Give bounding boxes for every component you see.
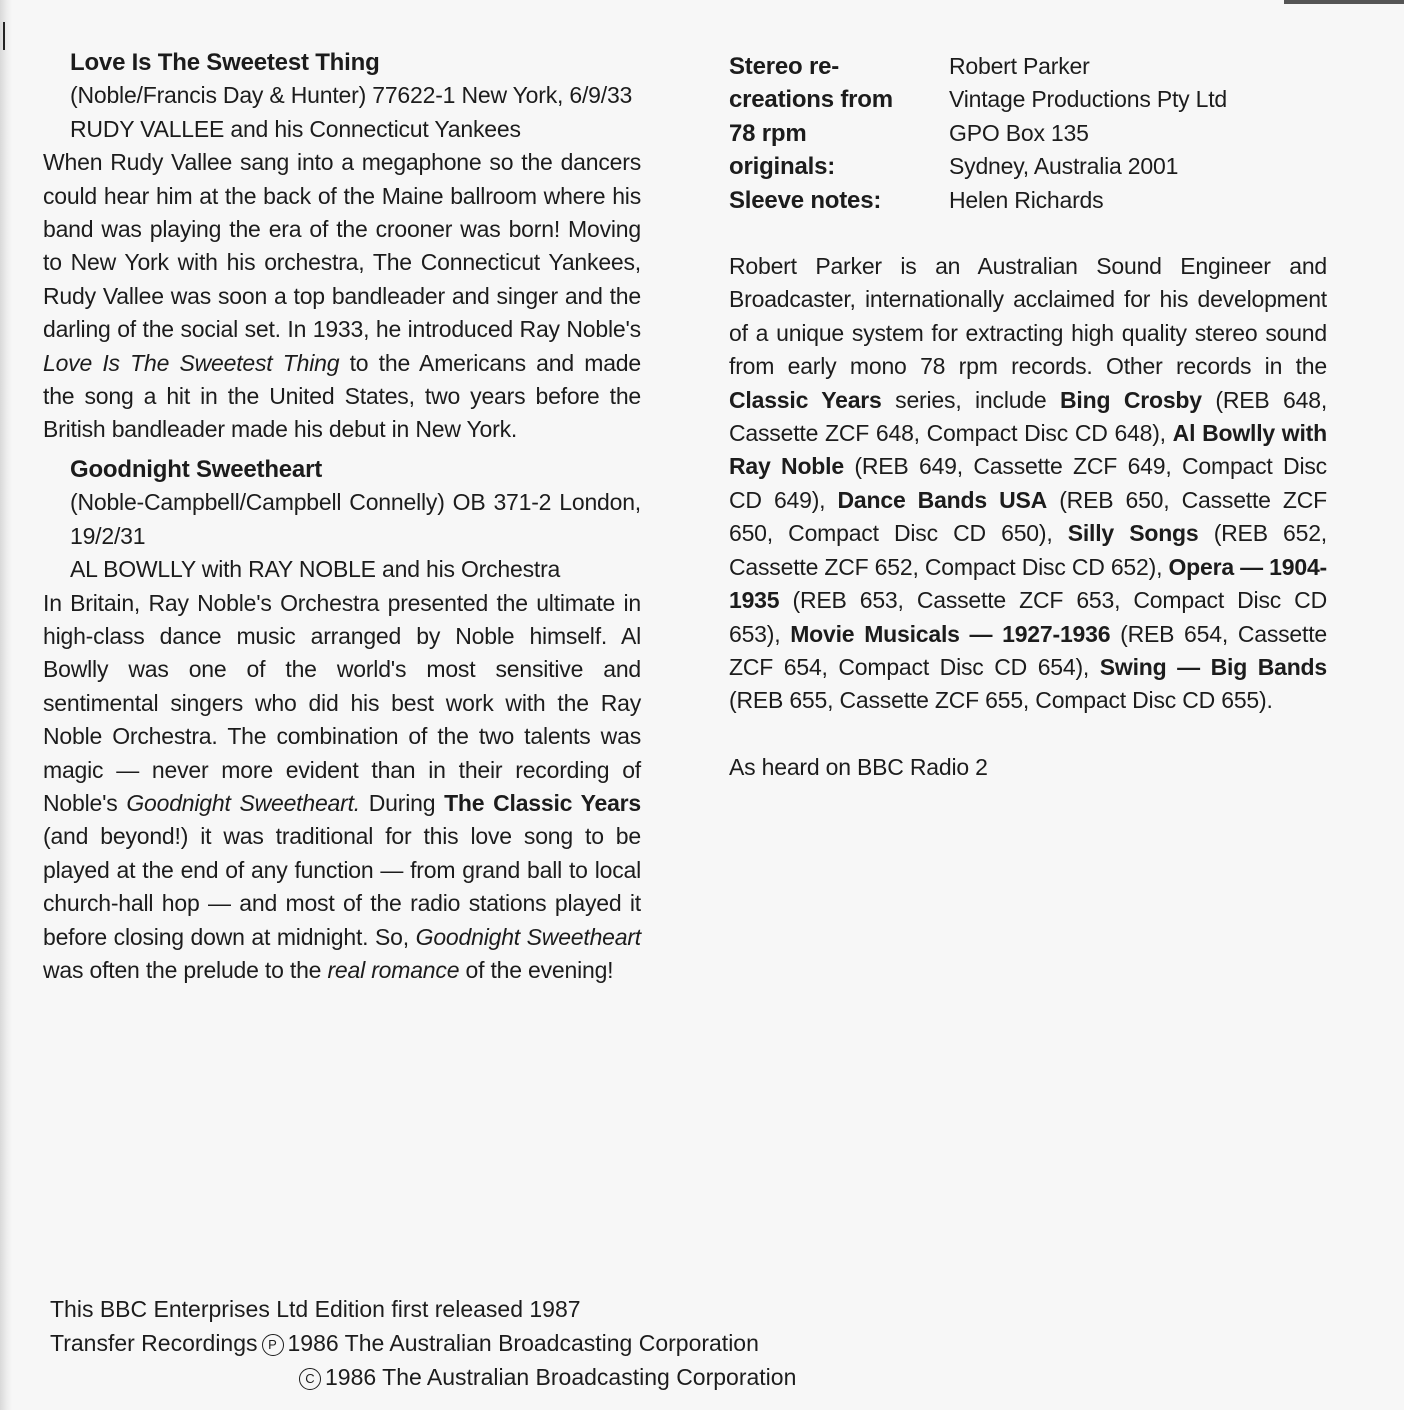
track-artist: AL BOWLLY with RAY NOBLE and his Orchest…: [43, 553, 641, 586]
track-artist: RUDY VALLEE and his Connecticut Yankees: [43, 113, 641, 146]
credit-value: Robert Parker: [949, 50, 1327, 83]
left-column: Love Is The Sweetest Thing (Noble/Franci…: [43, 46, 641, 987]
engineer-bio: Robert Parker is an Australian Sound Eng…: [729, 250, 1327, 718]
credit-label: Stereo re-: [729, 50, 949, 83]
track-credits: (Noble/Francis Day & Hunter) 77622-1 New…: [43, 79, 641, 112]
release-title: Bing Crosby: [1060, 387, 1202, 413]
edition-line: This BBC Enterprises Ltd Edition first r…: [50, 1292, 796, 1326]
radio-note: As heard on BBC Radio 2: [729, 751, 1327, 784]
credit-label: Sleeve notes:: [729, 184, 949, 217]
credit-value: GPO Box 135: [949, 117, 1327, 150]
track-title: Love Is The Sweetest Thing: [43, 46, 641, 79]
credit-value: Sydney, Australia 2001: [949, 150, 1327, 183]
credit-label: 78 rpm: [729, 117, 949, 150]
track-notes: When Rudy Vallee sang into a megaphone s…: [43, 146, 641, 447]
production-credits: Stereo re- Robert Parker creations from …: [729, 50, 1327, 217]
right-column: Stereo re- Robert Parker creations from …: [729, 50, 1327, 784]
release-title: Silly Songs: [1068, 520, 1199, 546]
track-notes: In Britain, Ray Noble's Orchestra presen…: [43, 587, 641, 988]
phonogram-line: Transfer RecordingsP1986 The Australian …: [50, 1326, 796, 1360]
credit-label: creations from: [729, 83, 949, 116]
copyright-line: C1986 The Australian Broadcasting Corpor…: [50, 1360, 796, 1394]
phonogram-icon: P: [262, 1334, 284, 1356]
release-title: Dance Bands USA: [838, 487, 1048, 513]
release-title: Swing — Big Bands: [1100, 654, 1327, 680]
credit-value: Helen Richards: [949, 184, 1327, 217]
release-title: Movie Musicals — 1927-1936: [790, 621, 1110, 647]
page-edge-top: [1284, 0, 1404, 4]
track-love-is-the-sweetest-thing: Love Is The Sweetest Thing (Noble/Franci…: [43, 46, 641, 447]
copyright-icon: C: [299, 1368, 321, 1390]
track-title: Goodnight Sweetheart: [43, 453, 641, 486]
track-credits: (Noble-Campbell/Campbell Connelly) OB 37…: [43, 486, 641, 553]
scan-mark: [3, 22, 5, 50]
page-edge-shadow: [0, 0, 12, 1410]
credit-label: originals:: [729, 150, 949, 183]
credit-value: Vintage Productions Pty Ltd: [949, 83, 1327, 116]
track-goodnight-sweetheart: Goodnight Sweetheart (Noble-Campbell/Cam…: [43, 453, 641, 988]
copyright-footer: This BBC Enterprises Ltd Edition first r…: [50, 1292, 796, 1394]
